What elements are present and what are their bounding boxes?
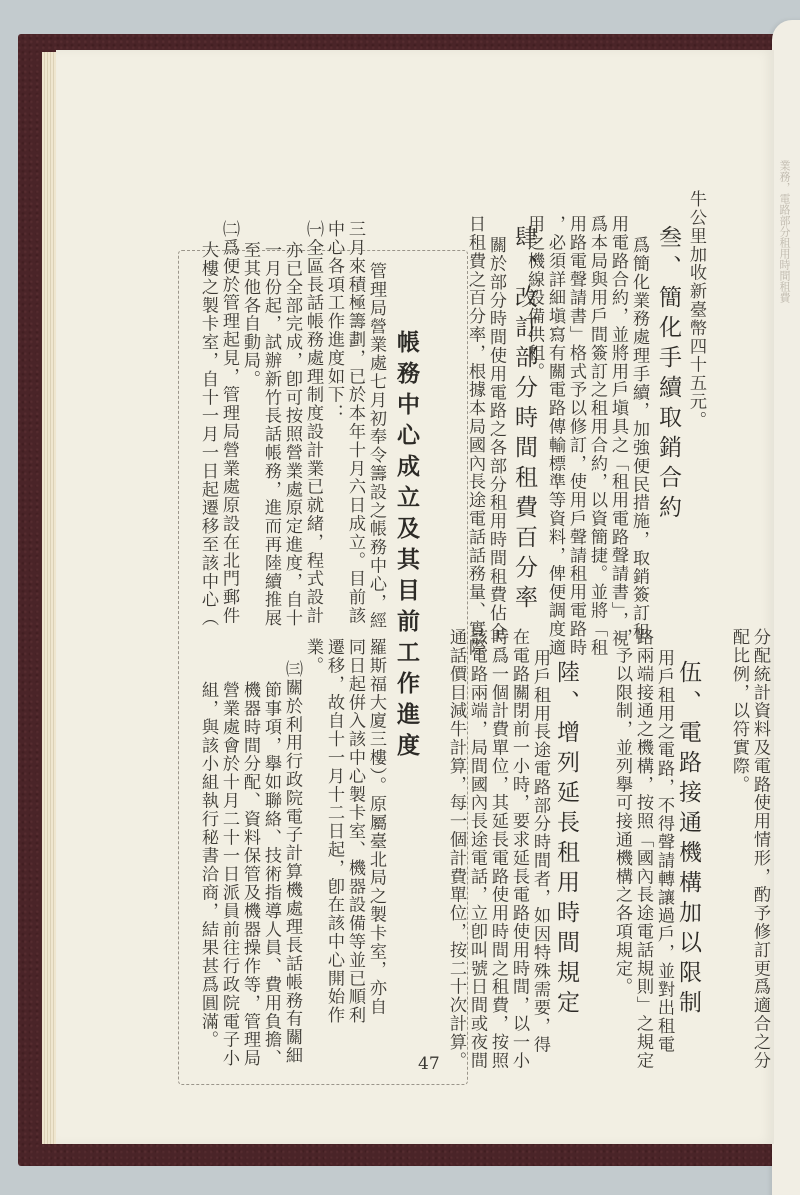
section-6-heading-column: 陸、增列延長租用時間規定 — [555, 660, 576, 1020]
item-line: 營業處會於十月二十一日派員前往行政院電子小 — [218, 660, 239, 1067]
paragraph-line: 路兩端接通之機構，按照「國內長途電話規則」之規定 — [632, 628, 653, 1070]
section-3-heading: 叁、簡化手續取銷合約 — [657, 225, 678, 525]
item-line: 同日起倂入該中心製卡室、機器設備等並已順利 — [344, 638, 365, 1024]
paragraph-line: 該電路兩端，局間國內長途電話，立卽叫號日間或夜間 — [466, 628, 487, 1070]
paragraph-line: 三月來積極籌劃，已於本年十月六日成立。目前該 — [344, 220, 365, 630]
item-line: 機器時間分配、資料保管及機器操作等，管理局 — [239, 660, 260, 1067]
item-line: 組，與該小組執行秘書洽商，結果甚爲圓滿。 — [197, 660, 218, 1067]
boxed-article-intro: 管理局營業處七月初奉令籌設之帳務中心，經 三月來積極籌劃，已於本年十月六日成立。… — [323, 220, 386, 630]
item-line: 至其他各自動局。 — [239, 220, 260, 627]
boxed-article-title: 帳務中心成立及其目前工作進度 — [395, 330, 416, 764]
item-line: 羅斯福大廈三樓）。原屬臺北局之製卡室，亦自 — [365, 638, 386, 1024]
paragraph-line: 用電路合約，並將用戶塡具之「租用電路聲請書」，視 — [607, 215, 628, 657]
paragraph-line: 中心各項工作進度如下： — [323, 220, 344, 630]
section-5-heading: 伍、電路接通機構加以限制 — [677, 660, 698, 1020]
item-line: 節事項，擧如聯絡、技術指導人員、費用負擔、 — [260, 660, 281, 1067]
paragraph-line: 用戶租用長途電路部分時間者，如因特殊需要，得 — [529, 628, 550, 1070]
boxed-article-title-column: 帳務中心成立及其目前工作進度 — [395, 330, 416, 764]
continuation-text: 分配統計資料及電路使用情形，酌予修訂更爲適合之分 配比例，以符實際。 — [728, 628, 770, 1070]
item-line: 一月份起，試辦新竹長話帳務，進而再陸續推展 — [260, 220, 281, 627]
book-page: 牛公里加收新臺幣四十五元。 叁、簡化手續取銷合約 爲簡化業務處理手續，加強便民措… — [56, 50, 774, 1144]
section-6-heading: 陸、增列延長租用時間規定 — [555, 660, 576, 1020]
item-line: 遷移，故自十一月十二日起，卽在該中心開始作 — [323, 638, 344, 1024]
paragraph-line: ，予以限制，並列擧可接通機構之各項規定。 — [611, 628, 632, 1070]
paragraph-line: ，必須詳細塡寫有關電路傳輸標準等資料，俾便調度適 — [544, 215, 565, 657]
item-line: ㈠全區長話帳務處理制度設計業已就緒，程式設計 — [302, 220, 323, 627]
paragraph-line: 用戶租用之電路，不得聲請轉讓過戶，並對出租電 — [653, 628, 674, 1070]
section-4-body: 關於部分時間使用電路之各部分租用時間租費佔全 日租費之百分率，根據本局國內長途電… — [464, 215, 506, 657]
paragraph-line: 爲簡化業務處理手續，加強便民措施，取銷簽訂租 — [628, 215, 649, 657]
section-4-heading-column: 肆、改訂部分時間租費百分率 — [513, 225, 534, 615]
paragraph-line: 管理局營業處七月初奉令籌設之帳務中心，經 — [365, 220, 386, 630]
boxed-item-2a: ㈡爲便於管理起見，管理局營業處原設在北門郵件 大樓之製卡室，自十一月一日起遷移至… — [197, 220, 239, 627]
item-line: 大樓之製卡室，自十一月一日起遷移至該中心（ — [197, 220, 218, 627]
section-5-heading-column: 伍、電路接通機構加以限制 — [677, 660, 698, 1020]
paragraph-line: 爲本局與用戶間簽訂之租用合約，以資簡捷。並將「租 — [586, 215, 607, 657]
item-line: 亦已全部完成，卽可按照營業處原定進度，自十 — [281, 220, 302, 627]
item-line: ㈡爲便於管理起見，管理局營業處原設在北門郵件 — [218, 220, 239, 627]
section-4-heading: 肆、改訂部分時間租費百分率 — [513, 225, 534, 615]
paragraph-line: 用路電聲請書」格式予以修訂，使用戶聲請租用電路時 — [565, 215, 586, 657]
paragraph-line: 分配統計資料及電路使用情形，酌予修訂更爲適合之分 — [749, 628, 770, 1070]
facing-page-edge: 業務，電路部分租用時間租費 — [772, 20, 800, 1195]
item-line: 業。 — [302, 638, 323, 1024]
boxed-item-1: ㈠全區長話帳務處理制度設計業已就緒，程式設計 亦已全部完成，卽可按照營業處原定進… — [239, 220, 323, 627]
paragraph-line: 配比例，以符實際。 — [728, 628, 749, 1070]
paragraph-line: 時爲一個計費單位，其延長電路使用時間之租費，按照 — [487, 628, 508, 1070]
lead-line-column: 牛公里加收新臺幣四十五元。 — [685, 190, 706, 429]
facing-page-bleed-text: 業務，電路部分租用時間租費 — [778, 160, 791, 360]
section-5-body: 用戶租用之電路，不得聲請轉讓過戶，並對出租電 路兩端接通之機構，按照「國內長途電… — [611, 628, 674, 1070]
item-line: ㈢關於利用行政院電子計算機處理長話帳務有關細 — [281, 660, 302, 1067]
section-3-heading-column: 叁、簡化手續取銷合約 — [657, 225, 678, 525]
lead-line: 牛公里加收新臺幣四十五元。 — [685, 190, 706, 429]
section-3-body: 爲簡化業務處理手續，加強便民措施，取銷簽訂租 用電路合約，並將用戶塡具之「租用電… — [523, 215, 649, 657]
boxed-item-2b: 羅斯福大廈三樓）。原屬臺北局之製卡室，亦自 同日起倂入該中心製卡室、機器設備等並… — [302, 638, 386, 1024]
paragraph-line: 在電路關閉前一小時，要求延長電路使用時間，以一小 — [508, 628, 529, 1070]
paragraph-line: 關於部分時間使用電路之各部分租用時間租費佔全 — [485, 215, 506, 657]
boxed-item-3: ㈢關於利用行政院電子計算機處理長話帳務有關細 節事項，擧如聯絡、技術指導人員、費… — [197, 660, 302, 1067]
page-number: 47 — [418, 1054, 440, 1074]
